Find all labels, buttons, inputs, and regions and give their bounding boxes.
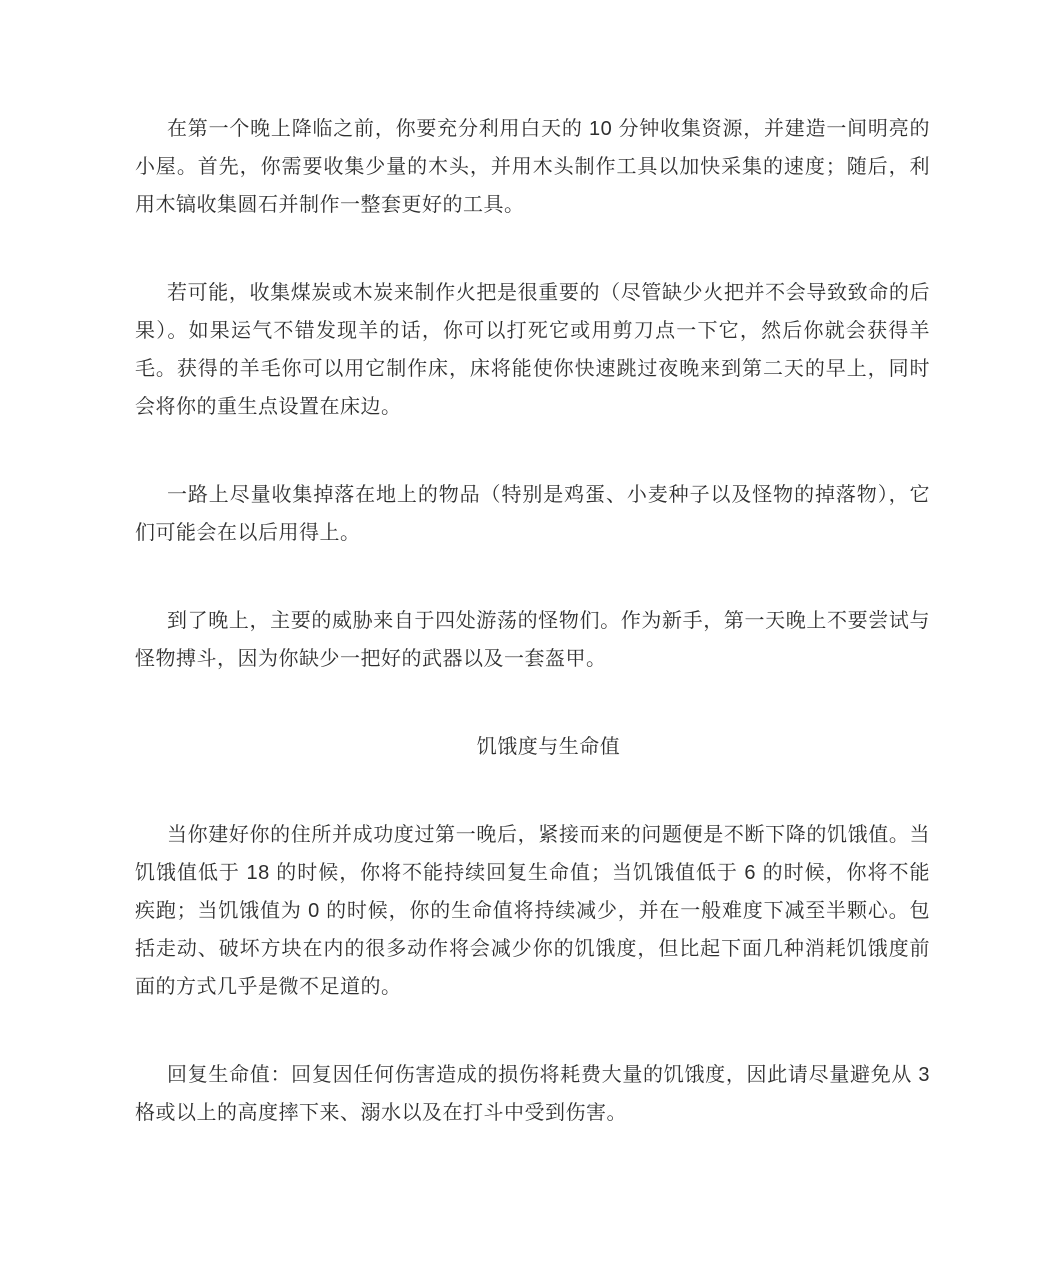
paragraph-first-day-resources: 在第一个晚上降临之前，你要充分利用白天的 10 分钟收集资源，并建造一间明亮的小… bbox=[135, 110, 930, 224]
document-page: 在第一个晚上降临之前，你要充分利用白天的 10 分钟收集资源，并建造一间明亮的小… bbox=[0, 0, 1063, 1262]
paragraph-health-regen-cost: 回复生命值：回复因任何伤害造成的损伤将耗费大量的饥饿度，因此请尽量避免从 3 格… bbox=[135, 1056, 930, 1132]
paragraph-collect-drops: 一路上尽量收集掉落在地上的物品（特别是鸡蛋、小麦种子以及怪物的掉落物），它们可能… bbox=[135, 476, 930, 552]
section-heading-hunger-health: 饥饿度与生命值 bbox=[135, 728, 930, 766]
paragraph-hunger-mechanics: 当你建好你的住所并成功度过第一晚后，紧接而来的问题便是不断下降的饥饿值。当饥饿值… bbox=[135, 816, 930, 1006]
paragraph-night-monsters: 到了晚上，主要的威胁来自于四处游荡的怪物们。作为新手，第一天晚上不要尝试与怪物搏… bbox=[135, 602, 930, 678]
paragraph-torches-and-sheep: 若可能，收集煤炭或木炭来制作火把是很重要的（尽管缺少火把并不会导致致命的后果）。… bbox=[135, 274, 930, 426]
